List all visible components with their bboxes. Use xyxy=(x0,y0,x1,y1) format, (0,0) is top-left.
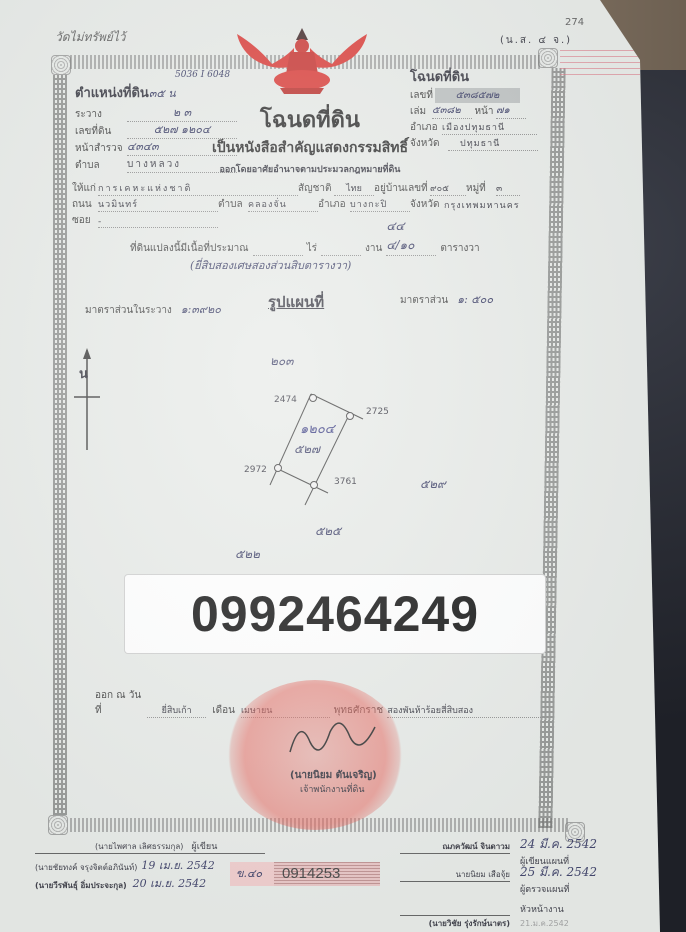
location-field: เลขที่ดิน ๕๒๗ ๑๒๐๔ xyxy=(75,122,255,139)
north-arrow-icon xyxy=(72,345,102,455)
marker-label: 2972 xyxy=(244,465,267,475)
top-border xyxy=(70,55,540,69)
signature xyxy=(280,712,390,762)
marker-label: 2474 xyxy=(274,395,297,405)
garuda-emblem-icon xyxy=(232,26,372,96)
parcel-number: ๑๒๐๔ xyxy=(300,418,335,439)
deed-field: อำเภอ เมืองปทุมธานี xyxy=(410,119,550,135)
neighbor-north: ๒๐๓ xyxy=(270,352,293,371)
deed-field: เล่ม ๕๓๘๒ หน้า ๗๑ xyxy=(410,103,550,119)
neighbor-south: ๕๒๕ xyxy=(315,522,341,541)
footer-left: (นายไพศาล เลิศธรรมกุล) ผู้เขียน (นายชัยท… xyxy=(35,836,265,892)
official-title: เจ้าพนักงานที่ดิน xyxy=(300,782,364,796)
phone-number: 0992464249 xyxy=(191,585,479,643)
deed-block: โฉนดที่ดิน เลขที่ ๕๓๘๕๗๒ เล่ม ๕๓๘๒ หน้า … xyxy=(410,66,550,151)
deed-field: จังหวัด ปทุมธานี xyxy=(410,135,550,151)
ref-code: 5036 I 6048 xyxy=(175,70,230,80)
corner-note: 274 xyxy=(565,17,584,28)
marker-label: 2725 xyxy=(366,407,389,417)
authority-line: ออกโดยอาศัยอำนาจตามประมวลกฎหมายที่ดิน xyxy=(200,162,420,176)
parcel-plan xyxy=(0,0,686,932)
owner-name: การเคหะแห่งชาติ xyxy=(98,181,298,196)
corner-ornament xyxy=(51,55,71,75)
footer-right: ณภควัฒน์ จินดาวม 24 มี.ค. 2542 ผู้เขียนแ… xyxy=(400,832,670,930)
official-seal xyxy=(225,680,405,830)
location-field: ระวาง ๒ ๓ xyxy=(75,105,255,122)
corner-ornament xyxy=(538,48,558,68)
serial-number: 0914253 xyxy=(274,865,340,882)
serial-number-box: 0914253 xyxy=(274,862,380,886)
location-block: 5036 I 6048 ตำแหน่งที่ดิน๓๕ น ระวาง ๒ ๓ … xyxy=(75,70,255,173)
corner-ornament xyxy=(565,822,585,842)
parcel-sub: ๕๒๗ xyxy=(294,440,320,459)
neighbor-east: ๕๒๙ xyxy=(420,475,446,494)
title-block: โฉนดที่ดิน เป็นหนังสือสำคัญแสดงกรรมสิทธิ… xyxy=(200,102,420,176)
owner-block: ให้แก่ การเคหะแห่งชาติ สัญชาติ ไทย อยู่บ… xyxy=(72,180,547,228)
corner-ornament xyxy=(48,815,68,835)
issue-line: ออก ณ วันที่ ยี่สิบเก้า เดือน เมษายน พุท… xyxy=(95,688,545,718)
location-field: ตำบล บางหลวง xyxy=(75,156,255,173)
neighbor-southwest: ๕๒๒ xyxy=(235,545,260,564)
area-block: ที่ดินแปลงนี้มีเนื้อที่ประมาณ ไร่ งาน ๔๔… xyxy=(130,240,550,274)
area-in-words: (ยี่สิบสองเศษสองส่วนสิบตารางวา) xyxy=(190,256,550,274)
bottom-border xyxy=(70,818,570,832)
form-code: (น.ส. ๔ จ.) xyxy=(500,33,572,48)
document-title: โฉนดที่ดิน xyxy=(200,102,420,137)
map-scale: มาตราส่วนในระวาง ๑:๓๙๒๐ xyxy=(85,300,221,318)
plan-heading: รูปแผนที่ xyxy=(268,290,324,314)
margin-notes xyxy=(560,45,640,80)
document-subtitle: เป็นหนังสือสำคัญแสดงกรรมสิทธิ์ xyxy=(200,137,420,159)
right-border xyxy=(538,68,565,828)
official-name: (นายนิยม ตันเจริญ) xyxy=(290,768,377,783)
plan-scale: มาตราส่วน ๑: ๕๐๐ xyxy=(400,290,493,308)
area-wa: ๔๔ ๔/๑๐ xyxy=(386,217,436,256)
top-left-handwriting: วัดไม่ทรัพย์ไว้ xyxy=(55,28,126,47)
deed-paper: วัดไม่ทรัพย์ไว้ 274 (น.ส. ๔ จ.) 5036 I 6… xyxy=(0,0,686,932)
location-heading: ตำแหน่งที่ดิน๓๕ น xyxy=(75,82,255,103)
phone-overlay: 0992464249 xyxy=(125,575,545,653)
marker-label: 3761 xyxy=(334,477,357,487)
deed-field: เลขที่ ๕๓๘๕๗๒ xyxy=(410,87,550,103)
location-field: หน้าสำรวจ ๔๓๔๓ xyxy=(75,139,255,156)
left-border xyxy=(53,75,67,815)
serial-prefix-box: ข.๔๐ xyxy=(230,862,274,886)
deed-heading: โฉนดที่ดิน xyxy=(410,66,550,87)
north-arrow: น xyxy=(72,345,102,455)
